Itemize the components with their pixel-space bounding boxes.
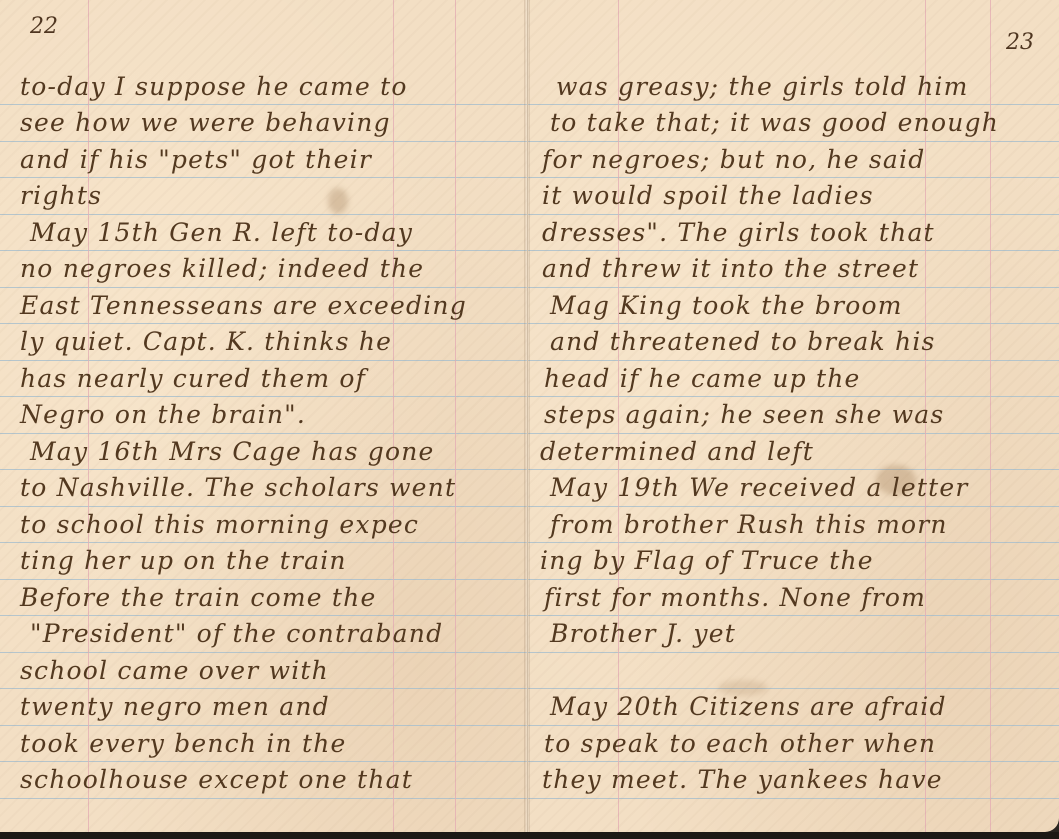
- rule-line: [0, 433, 527, 434]
- text-line: ly quiet. Capt. K. thinks he: [20, 327, 392, 357]
- text-line: Before the train come the: [20, 583, 376, 613]
- text-line: Brother J. yet: [550, 619, 736, 649]
- rule-line: [528, 615, 1059, 616]
- text-line: to take that; it was good enough: [550, 108, 999, 138]
- text-line: "President" of the contraband: [30, 619, 443, 649]
- rule-line: [0, 250, 527, 251]
- rule-line: [0, 798, 527, 799]
- rule-line: [0, 506, 527, 507]
- diary-spread: 22 to-day I suppose he came to see how w…: [0, 0, 1059, 839]
- rule-line: [528, 688, 1059, 689]
- text-line: first for months. None from: [544, 583, 926, 613]
- rule-line: [0, 615, 527, 616]
- text-line: to-day I suppose he came to: [20, 72, 408, 102]
- rule-line: [0, 688, 527, 689]
- rule-line: [528, 360, 1059, 361]
- rule-line: [528, 506, 1059, 507]
- text-line: and if his "pets" got their: [20, 145, 372, 175]
- book-gutter: [524, 0, 530, 832]
- text-line: took every bench in the: [20, 729, 347, 759]
- rule-line: [528, 323, 1059, 324]
- rule-line: [528, 104, 1059, 105]
- text-line: it would spoil the ladies: [542, 181, 874, 211]
- rule-line: [0, 287, 527, 288]
- text-line: schoolhouse except one that: [20, 765, 413, 795]
- rule-line: [528, 579, 1059, 580]
- rule-line: [528, 250, 1059, 251]
- text-line: determined and left: [540, 437, 814, 467]
- rule-line: [528, 652, 1059, 653]
- page-bottom-edge: [0, 832, 1059, 839]
- rule-line: [528, 469, 1059, 470]
- text-line: and threatened to break his: [550, 327, 936, 357]
- rule-line: [528, 177, 1059, 178]
- rule-line: [528, 214, 1059, 215]
- rule-line: [528, 798, 1059, 799]
- rule-line: [0, 469, 527, 470]
- text-line: ting her up on the train: [20, 546, 347, 576]
- text-line: May 16th Mrs Cage has gone: [30, 437, 435, 467]
- text-line: head if he came up the: [544, 364, 861, 394]
- rule-line: [0, 214, 527, 215]
- text-line: May 20th Citizens are afraid: [550, 692, 947, 722]
- page-number-right: 23: [1006, 30, 1034, 55]
- text-line: twenty negro men and: [20, 692, 330, 722]
- text-line: and threw it into the street: [542, 254, 919, 284]
- rule-line: [0, 652, 527, 653]
- text-line: from brother Rush this morn: [550, 510, 948, 540]
- left-page: 22 to-day I suppose he came to see how w…: [0, 0, 528, 832]
- margin-line: [455, 0, 456, 832]
- rule-line: [528, 542, 1059, 543]
- text-line: they meet. The yankees have: [542, 765, 943, 795]
- ink-stain: [328, 188, 348, 214]
- text-line: was greasy; the girls told him: [556, 72, 969, 102]
- rule-line: [528, 433, 1059, 434]
- text-line: steps again; he seen she was: [544, 400, 944, 430]
- rule-line: [0, 579, 527, 580]
- rule-line: [528, 725, 1059, 726]
- rule-line: [0, 177, 527, 178]
- text-line: no negroes killed; indeed the: [20, 254, 424, 284]
- rule-line: [0, 141, 527, 142]
- rule-line: [0, 323, 527, 324]
- text-line: East Tennesseans are exceeding: [20, 291, 467, 321]
- rule-line: [0, 725, 527, 726]
- rule-line: [0, 104, 527, 105]
- text-line: ing by Flag of Truce the: [540, 546, 874, 576]
- text-line: see how we were behaving: [20, 108, 391, 138]
- rule-line: [0, 360, 527, 361]
- right-page: 23 was greasy; the girls told him to tak…: [528, 0, 1059, 832]
- text-line: dresses". The girls took that: [542, 218, 935, 248]
- rule-line: [0, 761, 527, 762]
- rule-line: [528, 287, 1059, 288]
- page-number-left: 22: [30, 14, 58, 39]
- text-line: to speak to each other when: [544, 729, 936, 759]
- text-line: rights: [20, 181, 102, 211]
- text-line: school came over with: [20, 656, 329, 686]
- text-line: to Nashville. The scholars went: [20, 473, 456, 503]
- text-line: May 15th Gen R. left to-day: [30, 218, 413, 248]
- text-line: Mag King took the broom: [550, 291, 903, 321]
- rule-line: [528, 141, 1059, 142]
- text-line: has nearly cured them of: [20, 364, 366, 394]
- text-line: May 19th We received a letter: [550, 473, 969, 503]
- text-line: to school this morning expec: [20, 510, 419, 540]
- rule-line: [528, 396, 1059, 397]
- rule-line: [0, 396, 527, 397]
- text-line: for negroes; but no, he said: [542, 145, 925, 175]
- text-line: Negro on the brain".: [20, 400, 306, 430]
- rule-line: [528, 761, 1059, 762]
- rule-line: [0, 542, 527, 543]
- margin-line: [393, 0, 394, 832]
